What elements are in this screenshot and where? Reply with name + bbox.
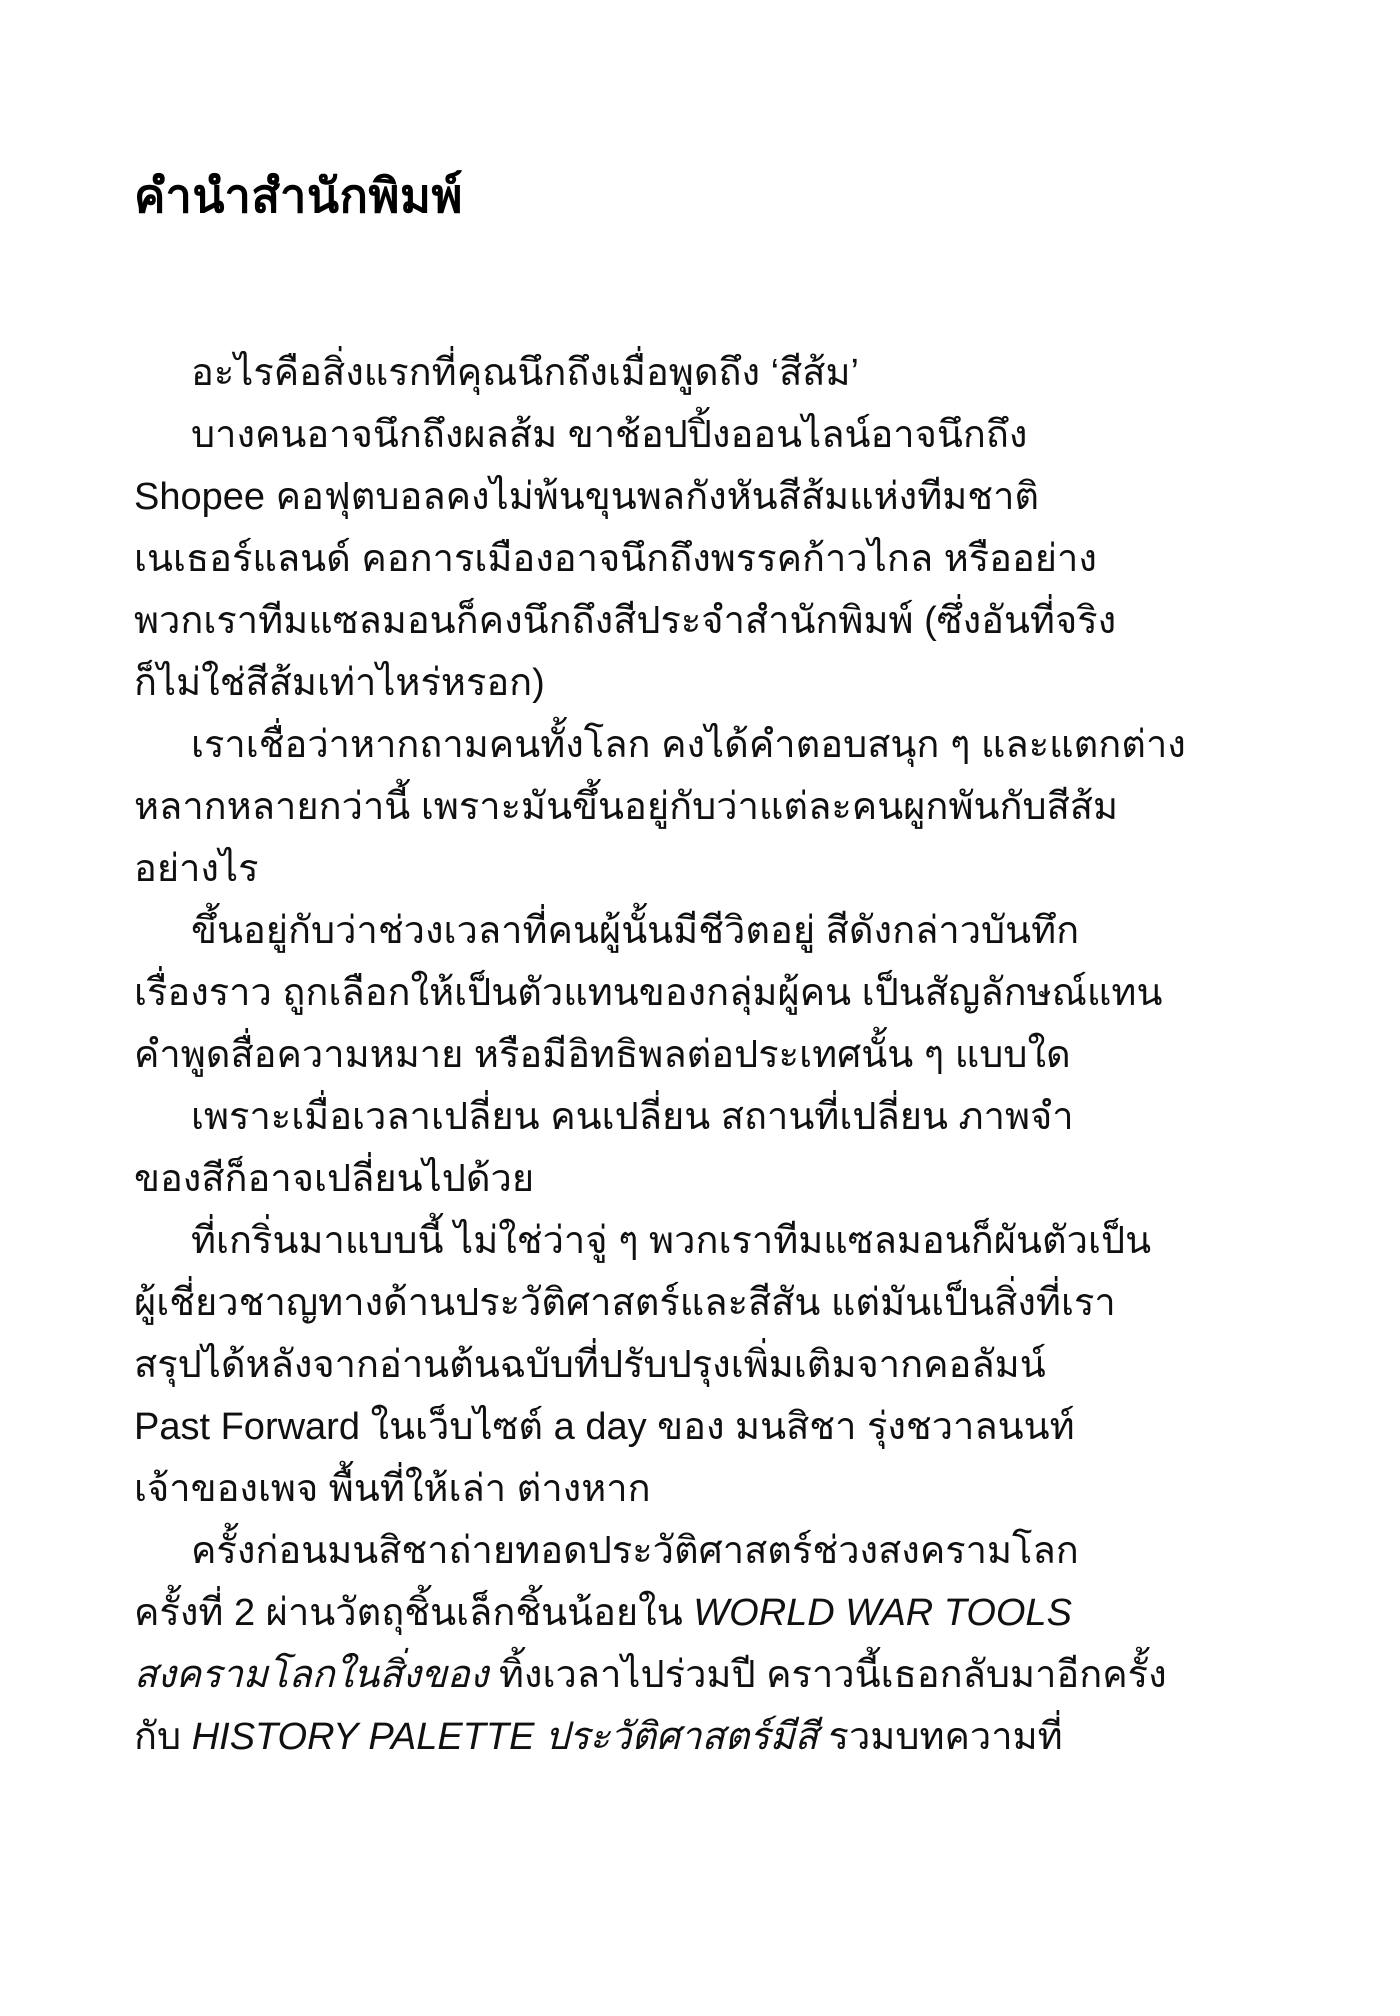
text-line: Past Forward ในเว็บไซต์ a day ของ มนสิชา… xyxy=(134,1396,1266,1458)
text-run: เรื่องราว ถูกเลือกให้เป็นตัวแทนของกลุ่มผ… xyxy=(134,972,1162,1014)
text-run: เจ้าของเพจ พื้นที่ให้เล่า ต่างหาก xyxy=(134,1468,651,1510)
text-line: ผู้เชี่ยวชาญทางด้านประวัติศาสตร์และสีสัน… xyxy=(134,1272,1266,1334)
paragraph: ครั้งก่อนมนสิชาถ่ายทอดประวัติศาสตร์ช่วงส… xyxy=(134,1520,1266,1768)
text-line: ก็ไม่ใช่สีส้มเท่าไหร่หรอก) xyxy=(134,652,1266,714)
text-line: เจ้าของเพจ พื้นที่ให้เล่า ต่างหาก xyxy=(134,1458,1266,1520)
text-line: พวกเราทีมแซลมอนก็คงนึกถึงสีประจำสำนักพิม… xyxy=(134,590,1266,652)
text-run: เนเธอร์แลนด์ คอการเมืองอาจนึกถึงพรรคก้าว… xyxy=(134,538,1097,580)
text-line: สรุปได้หลังจากอ่านต้นฉบับที่ปรับปรุงเพิ่… xyxy=(134,1334,1266,1396)
italic-text-run: WORLD WAR TOOLS xyxy=(693,1592,1072,1634)
text-line: อย่างไร xyxy=(134,838,1266,900)
text-run: ขึ้นอยู่กับว่าช่วงเวลาที่คนผู้นั้นมีชีวิ… xyxy=(191,910,1079,952)
text-run: Past Forward ในเว็บไซต์ a day ของ มนสิชา… xyxy=(134,1406,1075,1448)
text-line: หลากหลายกว่านี้ เพราะมันขึ้นอยู่กับว่าแต… xyxy=(134,776,1266,838)
paragraph: บางคนอาจนึกถึงผลส้ม ขาช้อปปิ้งออนไลน์อาจ… xyxy=(134,404,1266,714)
book-page: คำนำสำนักพิมพ์ อะไรคือสิ่งแรกที่คุณนึกถึ… xyxy=(0,0,1400,2016)
text-line: คำพูดสื่อความหมาย หรือมีอิทธิพลต่อประเทศ… xyxy=(134,1024,1266,1086)
text-line: ของสีก็อาจเปลี่ยนไปด้วย xyxy=(134,1148,1266,1210)
text-line: เราเชื่อว่าหากถามคนทั้งโลก คงได้คำตอบสนุ… xyxy=(134,714,1266,776)
text-line: เพราะเมื่อเวลาเปลี่ยน คนเปลี่ยน สถานที่เ… xyxy=(134,1086,1266,1148)
text-run: Shopee คอฟุตบอลคงไม่พ้นขุนพลกังหันสีส้มแ… xyxy=(134,476,1039,518)
text-run: ครั้งที่ 2 ผ่านวัตถุชิ้นเล็กชิ้นน้อยใน xyxy=(134,1592,693,1634)
text-line: ขึ้นอยู่กับว่าช่วงเวลาที่คนผู้นั้นมีชีวิ… xyxy=(134,900,1266,962)
text-line: ที่เกริ่นมาแบบนี้ ไม่ใช่ว่าจู่ ๆ พวกเราท… xyxy=(134,1210,1266,1272)
text-line: เรื่องราว ถูกเลือกให้เป็นตัวแทนของกลุ่มผ… xyxy=(134,962,1266,1024)
text-run: ก็ไม่ใช่สีส้มเท่าไหร่หรอก) xyxy=(134,662,545,704)
paragraph: เพราะเมื่อเวลาเปลี่ยน คนเปลี่ยน สถานที่เ… xyxy=(134,1086,1266,1210)
italic-text-run: HISTORY PALETTE ประวัติศาสตร์มีสี xyxy=(192,1716,818,1758)
paragraph: ขึ้นอยู่กับว่าช่วงเวลาที่คนผู้นั้นมีชีวิ… xyxy=(134,900,1266,1086)
text-run: ครั้งก่อนมนสิชาถ่ายทอดประวัติศาสตร์ช่วงส… xyxy=(191,1530,1079,1572)
text-run: ทิ้งเวลาไปร่วมปี คราวนี้เธอกลับมาอีกครั้… xyxy=(488,1654,1166,1696)
text-run: เราเชื่อว่าหากถามคนทั้งโลก คงได้คำตอบสนุ… xyxy=(191,724,1186,766)
text-run: เพราะเมื่อเวลาเปลี่ยน คนเปลี่ยน สถานที่เ… xyxy=(191,1096,1074,1138)
text-run: อะไรคือสิ่งแรกที่คุณนึกถึงเมื่อพูดถึง ‘ส… xyxy=(191,352,859,394)
text-run: หลากหลายกว่านี้ เพราะมันขึ้นอยู่กับว่าแต… xyxy=(134,786,1118,828)
paragraph: อะไรคือสิ่งแรกที่คุณนึกถึงเมื่อพูดถึง ‘ส… xyxy=(134,342,1266,404)
text-line: เนเธอร์แลนด์ คอการเมืองอาจนึกถึงพรรคก้าว… xyxy=(134,528,1266,590)
italic-text-run: สงครามโลกในสิ่งของ xyxy=(134,1654,488,1696)
text-run: อย่างไร xyxy=(134,848,259,890)
text-line: อะไรคือสิ่งแรกที่คุณนึกถึงเมื่อพูดถึง ‘ส… xyxy=(134,342,1266,404)
text-line: สงครามโลกในสิ่งของ ทิ้งเวลาไปร่วมปี คราว… xyxy=(134,1644,1266,1706)
text-run: สรุปได้หลังจากอ่านต้นฉบับที่ปรับปรุงเพิ่… xyxy=(134,1344,1046,1386)
text-run: กับ xyxy=(134,1716,192,1758)
text-line: บางคนอาจนึกถึงผลส้ม ขาช้อปปิ้งออนไลน์อาจ… xyxy=(134,404,1266,466)
text-run: คำพูดสื่อความหมาย หรือมีอิทธิพลต่อประเทศ… xyxy=(134,1034,1071,1076)
text-run: พวกเราทีมแซลมอนก็คงนึกถึงสีประจำสำนักพิม… xyxy=(134,600,1116,642)
text-line: ครั้งที่ 2 ผ่านวัตถุชิ้นเล็กชิ้นน้อยใน W… xyxy=(134,1582,1266,1644)
text-run: บางคนอาจนึกถึงผลส้ม ขาช้อปปิ้งออนไลน์อาจ… xyxy=(191,414,1027,456)
text-line: Shopee คอฟุตบอลคงไม่พ้นขุนพลกังหันสีส้มแ… xyxy=(134,466,1266,528)
paragraph: ที่เกริ่นมาแบบนี้ ไม่ใช่ว่าจู่ ๆ พวกเราท… xyxy=(134,1210,1266,1520)
text-run: รวมบทความที่ xyxy=(818,1716,1063,1758)
paragraph: เราเชื่อว่าหากถามคนทั้งโลก คงได้คำตอบสนุ… xyxy=(134,714,1266,900)
text-line: ครั้งก่อนมนสิชาถ่ายทอดประวัติศาสตร์ช่วงส… xyxy=(134,1520,1266,1582)
page-title: คำนำสำนักพิมพ์ xyxy=(134,158,463,233)
text-line: กับ HISTORY PALETTE ประวัติศาสตร์มีสี รว… xyxy=(134,1706,1266,1768)
text-run: ผู้เชี่ยวชาญทางด้านประวัติศาสตร์และสีสัน… xyxy=(134,1282,1116,1324)
body-text: อะไรคือสิ่งแรกที่คุณนึกถึงเมื่อพูดถึง ‘ส… xyxy=(134,342,1266,1768)
text-run: ที่เกริ่นมาแบบนี้ ไม่ใช่ว่าจู่ ๆ พวกเราท… xyxy=(191,1220,1151,1262)
text-run: ของสีก็อาจเปลี่ยนไปด้วย xyxy=(134,1158,534,1200)
